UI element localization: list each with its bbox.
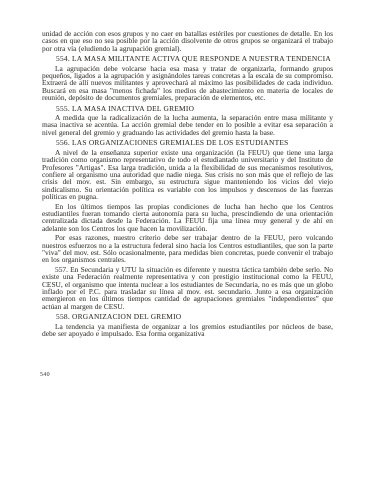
body-paragraph: unidad de acción con esos grupos y no ca…: [42, 30, 333, 52]
section-heading: 554. LA MASA MILITANTE ACTIVA QUE RESPON…: [42, 55, 333, 62]
body-paragraph: En los últimos tiempos las propias condi…: [42, 203, 333, 233]
body-paragraph: A nivel de la enseñanza superior existe …: [42, 149, 333, 201]
body-paragraph: La agrupación debe volcarse hacia esa ma…: [42, 65, 333, 102]
section-heading: 558. ORGANIZACION DEL GREMIO: [42, 313, 333, 320]
body-paragraph: Por esas razones, nuestro criterio debe …: [42, 234, 333, 264]
page-number: 540: [40, 372, 50, 378]
text-block: unidad de acción con esos grupos y no ca…: [42, 30, 333, 339]
section-heading: 556. LAS ORGANIZACIONES GREMIALES DE LOS…: [42, 139, 333, 146]
document-page: unidad de acción con esos grupos y no ca…: [0, 0, 371, 480]
body-paragraph: 557. En Secundaria y UTU la situación es…: [42, 266, 333, 310]
section-heading: 555. LA MASA INACTIVA DEL GREMIO: [42, 105, 333, 112]
body-paragraph: A medida que la radicalización de la luc…: [42, 114, 333, 136]
body-paragraph: La tendencia ya manifiesta de organizar …: [42, 323, 333, 338]
